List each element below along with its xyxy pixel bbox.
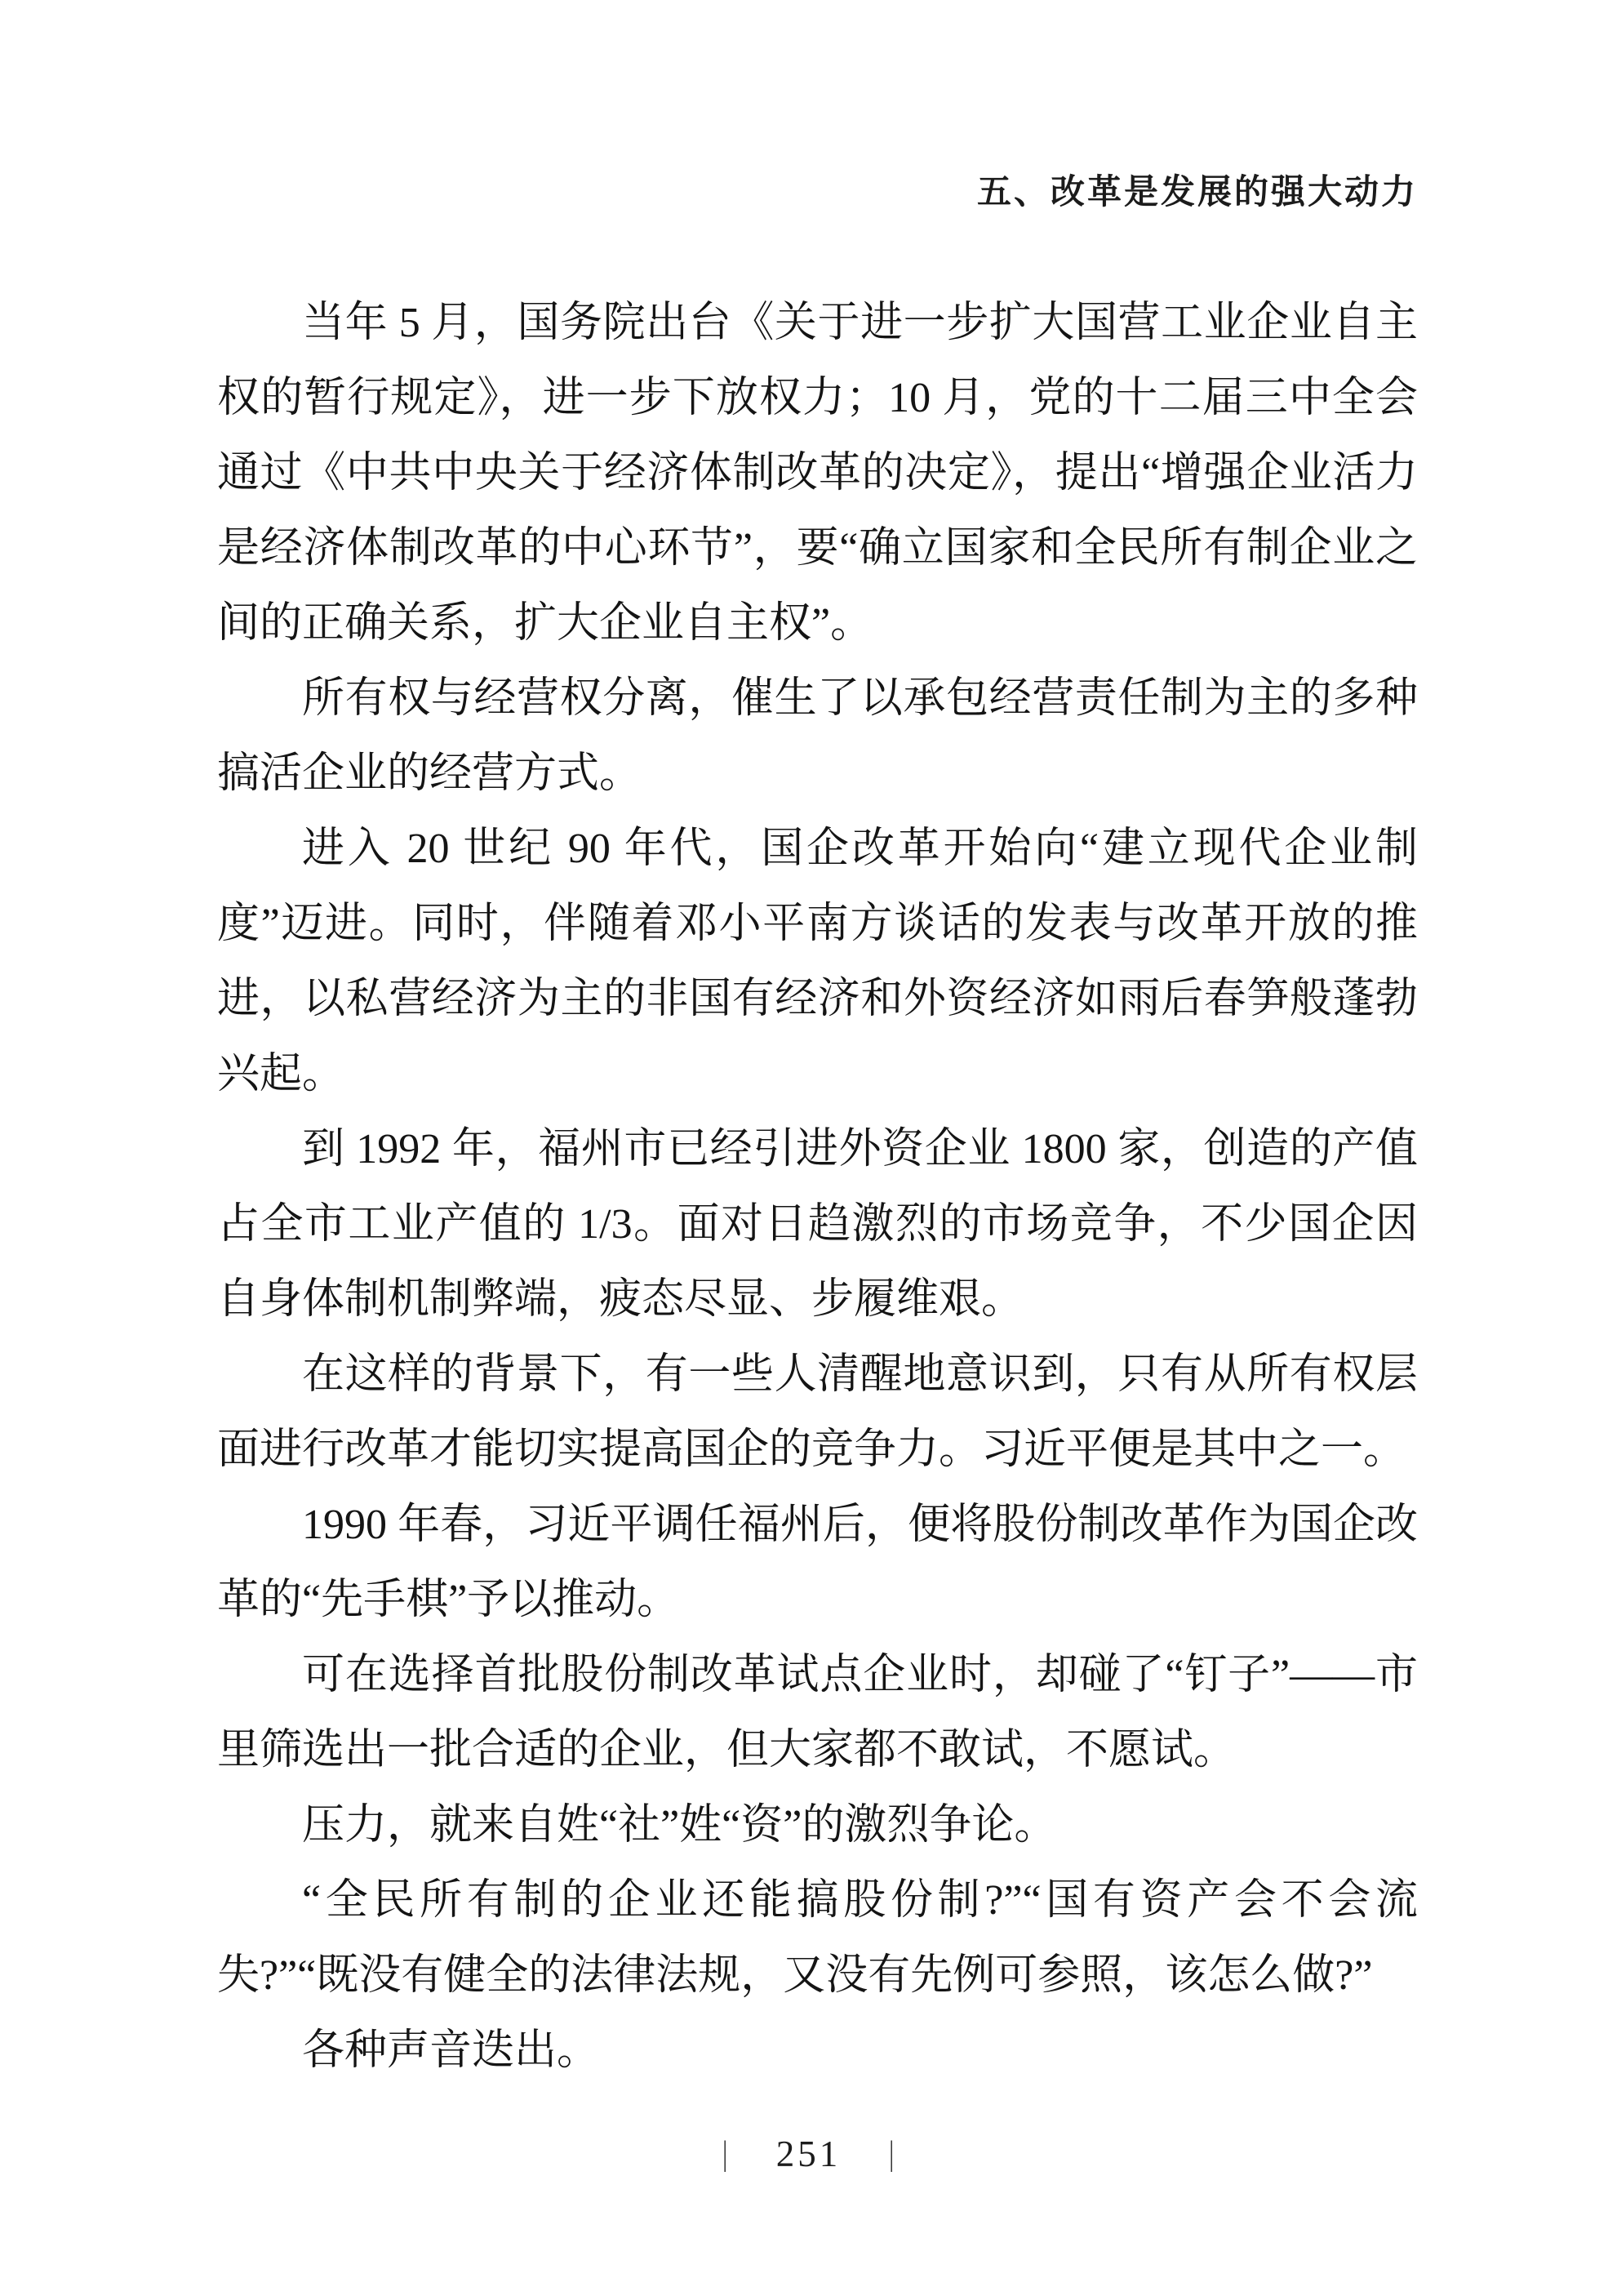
page-footer: | 251 | [0, 2133, 1617, 2175]
paragraph: 压力，就来自姓“社”姓“资”的激烈争论。 [217, 1788, 1418, 1863]
paragraph: 可在选择首批股份制改革试点企业时，却碰了“钉子”——市里筛选出一批合适的企业，但… [217, 1638, 1418, 1788]
paragraph: 当年 5 月，国务院出台《关于进一步扩大国营工业企业自主权的暂行规定》，进一步下… [217, 286, 1418, 661]
body-text: 当年 5 月，国务院出台《关于进一步扩大国营工业企业自主权的暂行规定》，进一步下… [217, 286, 1418, 2089]
book-page: 五、改革是发展的强大动力 当年 5 月，国务院出台《关于进一步扩大国营工业企业自… [0, 0, 1617, 2296]
page-number: 251 [776, 2133, 842, 2175]
paragraph: 进入 20 世纪 90 年代，国企改革开始向“建立现代企业制度”迈进。同时，伴随… [217, 812, 1418, 1112]
paragraph: 1990 年春，习近平调任福州后，便将股份制改革作为国企改革的“先手棋”予以推动… [217, 1488, 1418, 1638]
paragraph: 在这样的背景下，有一些人清醒地意识到，只有从所有权层面进行改革才能切实提高国企的… [217, 1337, 1418, 1488]
paragraph: 到 1992 年，福州市已经引进外资企业 1800 家，创造的产值占全市工业产值… [217, 1112, 1418, 1337]
running-header: 五、改革是发展的强大动力 [977, 165, 1418, 214]
footer-right-bar: | [890, 2134, 895, 2174]
paragraph: 各种声音迭出。 [217, 2013, 1418, 2089]
footer-left-bar: | [723, 2134, 728, 2174]
paragraph: 所有权与经营权分离，催生了以承包经营责任制为主的多种搞活企业的经营方式。 [217, 661, 1418, 812]
paragraph: “全民所有制的企业还能搞股份制?”“国有资产会不会流失?”“既没有健全的法律法规… [217, 1863, 1418, 2013]
